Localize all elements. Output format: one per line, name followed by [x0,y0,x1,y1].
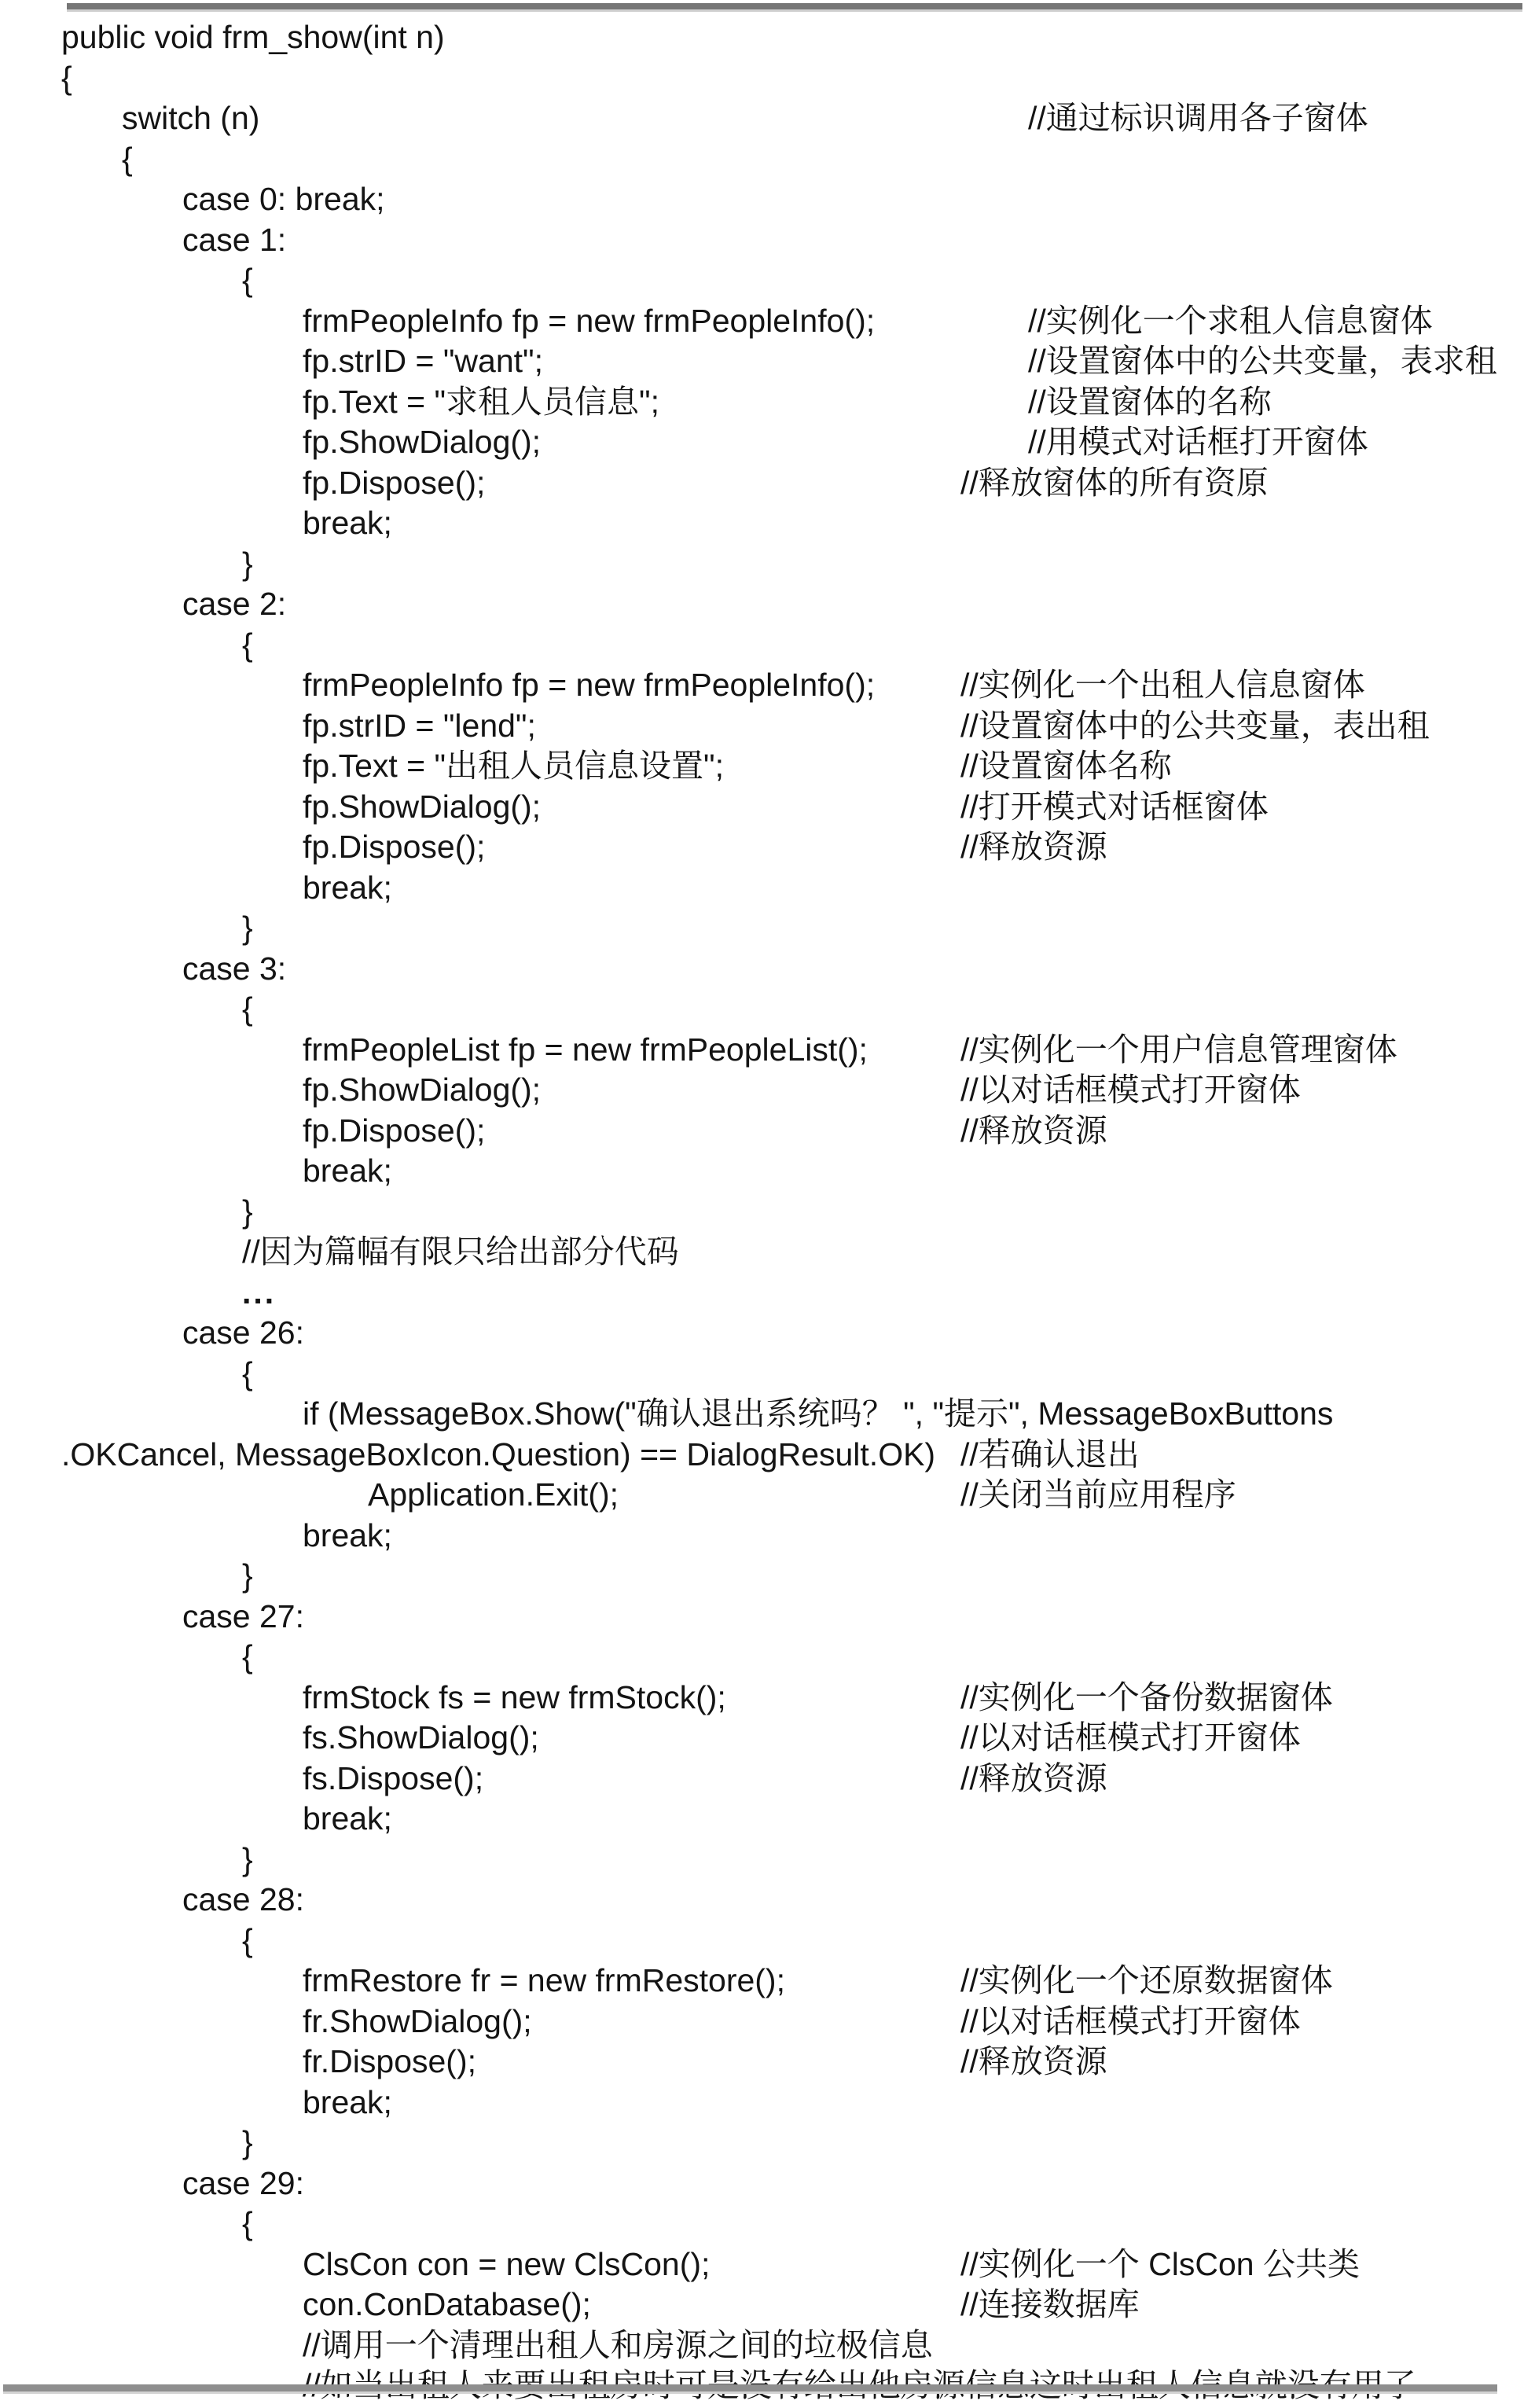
code-text: if (MessageBox.Show("确认退出系统吗？ ", "提示", M… [303,1394,1333,1435]
code-line: fp.Text = "出租人员信息设置";//设置窗体名称 [0,746,1535,787]
code-line: break; [0,1151,1535,1192]
code-line: { [0,989,1535,1030]
code-text: { [242,1921,253,1961]
code-line: fp.Text = "求租人员信息";//设置窗体的名称 [0,382,1535,423]
code-line: { [0,1637,1535,1678]
code-text: fp.ShowDialog(); [303,787,541,828]
code-line: frmStock fs = new frmStock();//实例化一个备份数据… [0,1678,1535,1719]
code-line: { [0,1921,1535,1961]
code-text: } [242,1840,253,1880]
code-line: if (MessageBox.Show("确认退出系统吗？ ", "提示", M… [0,1394,1535,1435]
code-line: fr.ShowDialog();//以对话框模式打开窗体 [0,2002,1535,2042]
code-line: case 3: [0,949,1535,990]
code-line: } [0,1192,1535,1233]
code-text: frmStock fs = new frmStock(); [303,1678,726,1719]
code-text: ... [242,1273,276,1314]
code-line: fp.ShowDialog();//用模式对话框打开窗体 [0,422,1535,463]
code-line: } [0,544,1535,585]
code-text: } [242,908,253,949]
code-text: break; [303,1151,392,1192]
page-top-rule [67,3,1522,12]
code-text: fs.Dispose(); [303,1759,483,1800]
code-text: fp.Text = "出租人员信息设置"; [303,746,724,787]
code-line: frmPeopleList fp = new frmPeopleList();/… [0,1030,1535,1071]
code-text: { [242,260,253,301]
code-line: fp.Dispose();//释放资源 [0,827,1535,868]
code-line: fp.ShowDialog();//以对话框模式打开窗体 [0,1070,1535,1111]
inline-comment: //设置窗体名称 [960,746,1172,787]
inline-comment: //实例化一个备份数据窗体 [960,1678,1333,1719]
code-text: case 27: [182,1597,304,1638]
code-text: } [242,544,253,585]
inline-comment: //释放资源 [960,827,1107,868]
code-text: Application.Exit(); [368,1475,619,1516]
code-line: { [0,1354,1535,1395]
code-text: fp.strID = "lend"; [303,706,536,747]
code-text: frmPeopleInfo fp = new frmPeopleInfo(); [303,301,875,342]
code-text: fp.Text = "求租人员信息"; [303,382,659,423]
code-text: switch (n) [122,98,259,139]
inline-comment: //以对话框模式打开窗体 [960,2002,1301,2042]
code-text: public void frm_show(int n) [61,17,445,58]
code-line: case 2: [0,584,1535,625]
code-line: { [0,260,1535,301]
code-line: case 1: [0,220,1535,261]
inline-comment: //实例化一个求租人信息窗体 [1028,301,1433,342]
code-text: case 28: [182,1880,304,1921]
code-line: break; [0,503,1535,544]
code-line: //调用一个清理出租人和房源之间的垃极信息 [0,2325,1535,2366]
code-line: case 0: break; [0,179,1535,220]
code-text: break; [303,868,392,909]
code-line: fr.Dispose();//释放资源 [0,2042,1535,2083]
inline-comment: //释放资源 [960,1111,1107,1152]
code-text: frmPeopleList fp = new frmPeopleList(); [303,1030,868,1071]
code-line: break; [0,868,1535,909]
code-line: case 27: [0,1597,1535,1638]
code-line: fp.strID = "lend";//设置窗体中的公共变量，表出租 [0,706,1535,747]
code-line: fp.ShowDialog();//打开模式对话框窗体 [0,787,1535,828]
inline-comment: //以对话框模式打开窗体 [960,1070,1301,1111]
code-text: } [242,2123,253,2164]
code-line: { [0,139,1535,180]
code-line: Application.Exit();//关闭当前应用程序 [0,1475,1535,1516]
inline-comment: //以对话框模式打开窗体 [960,1718,1301,1759]
code-text: case 26: [182,1313,304,1354]
code-line: con.ConDatabase();//连接数据库 [0,2285,1535,2325]
code-line: break; [0,1799,1535,1840]
code-text: } [242,1192,253,1233]
code-text: con.ConDatabase(); [303,2285,591,2325]
code-text: case 29: [182,2164,304,2204]
code-line: fp.strID = "want";//设置窗体中的公共变量，表求租 [0,341,1535,382]
code-line: frmRestore fr = new frmRestore();//实例化一个… [0,1961,1535,2002]
inline-comment: //释放资源 [960,1759,1107,1800]
code-line: fp.Dispose();//释放资源 [0,1111,1535,1152]
inline-comment: //实例化一个用户信息管理窗体 [960,1030,1397,1071]
code-text: break; [303,1799,392,1840]
code-line: fp.Dispose();//释放窗体的所有资原 [0,463,1535,504]
code-line: case 26: [0,1313,1535,1354]
inline-comment: //连接数据库 [960,2285,1140,2325]
inline-comment: //设置窗体的名称 [1028,382,1272,423]
code-text: fp.Dispose(); [303,1111,485,1152]
code-text: frmRestore fr = new frmRestore(); [303,1961,785,2002]
code-line: public void frm_show(int n) [0,17,1535,58]
code-text: } [242,1556,253,1597]
code-text: { [242,625,253,666]
inline-comment: //设置窗体中的公共变量，表求租 [1028,341,1497,382]
inline-comment: //打开模式对话框窗体 [960,787,1269,828]
code-text: case 0: break; [182,179,385,220]
code-text: //因为篇幅有限只给出部分代码 [242,1232,679,1273]
code-text: fr.ShowDialog(); [303,2002,532,2042]
code-line: case 28: [0,1880,1535,1921]
code-text: fp.strID = "want"; [303,341,543,382]
code-line: break; [0,1516,1535,1557]
code-line: break; [0,2083,1535,2123]
code-text: case 3: [182,949,286,990]
code-line: } [0,2123,1535,2164]
code-text: { [61,58,72,99]
code-text: { [242,2204,253,2244]
code-line: ... [0,1273,1535,1314]
code-text: fp.ShowDialog(); [303,1070,541,1111]
code-text: break; [303,2083,392,2123]
code-line: { [0,625,1535,666]
inline-comment: //实例化一个还原数据窗体 [960,1961,1333,2002]
code-text: break; [303,503,392,544]
code-text: fp.Dispose(); [303,827,485,868]
inline-comment: //若确认退出 [960,1435,1140,1476]
code-line: frmPeopleInfo fp = new frmPeopleInfo();/… [0,665,1535,706]
code-text: .OKCancel, MessageBoxIcon.Question) == D… [61,1435,935,1476]
inline-comment: //实例化一个 ClsCon 公共类 [960,2244,1360,2285]
code-line: ClsCon con = new ClsCon();//实例化一个 ClsCon… [0,2244,1535,2285]
code-line: } [0,1556,1535,1597]
code-line: switch (n)//通过标识调用各子窗体 [0,98,1535,139]
code-text: frmPeopleInfo fp = new frmPeopleInfo(); [303,665,875,706]
code-text: case 2: [182,584,286,625]
code-text: fr.Dispose(); [303,2042,476,2083]
code-line: { [0,2204,1535,2244]
inline-comment: //释放窗体的所有资原 [960,463,1269,504]
code-line: //因为篇幅有限只给出部分代码 [0,1232,1535,1273]
inline-comment: //通过标识调用各子窗体 [1028,98,1368,139]
code-line: case 29: [0,2164,1535,2204]
code-listing: public void frm_show(int n){switch (n)//… [0,17,1535,2406]
inline-comment: //实例化一个出租人信息窗体 [960,665,1365,706]
inline-comment: //用模式对话框打开窗体 [1028,422,1368,463]
code-line: .OKCancel, MessageBoxIcon.Question) == D… [0,1435,1535,1476]
code-text: { [242,989,253,1030]
code-text: ClsCon con = new ClsCon(); [303,2244,710,2285]
page-bottom-rule [3,2384,1497,2394]
inline-comment: //设置窗体中的公共变量，表出租 [960,706,1430,747]
code-line: } [0,908,1535,949]
code-text: case 1: [182,220,286,261]
code-text: { [242,1637,253,1678]
code-line: { [0,58,1535,99]
code-text: fp.Dispose(); [303,463,485,504]
code-text: break; [303,1516,392,1557]
code-line: fs.Dispose();//释放资源 [0,1759,1535,1800]
code-text: fp.ShowDialog(); [303,422,541,463]
inline-comment: //关闭当前应用程序 [960,1475,1236,1516]
inline-comment: //释放资源 [960,2042,1107,2083]
code-text: fs.ShowDialog(); [303,1718,539,1759]
code-line: frmPeopleInfo fp = new frmPeopleInfo();/… [0,301,1535,342]
code-text: { [122,139,133,180]
code-line: } [0,1840,1535,1880]
code-text: //调用一个清理出租人和房源之间的垃极信息 [303,2325,933,2366]
code-text: { [242,1354,253,1395]
code-line: fs.ShowDialog();//以对话框模式打开窗体 [0,1718,1535,1759]
